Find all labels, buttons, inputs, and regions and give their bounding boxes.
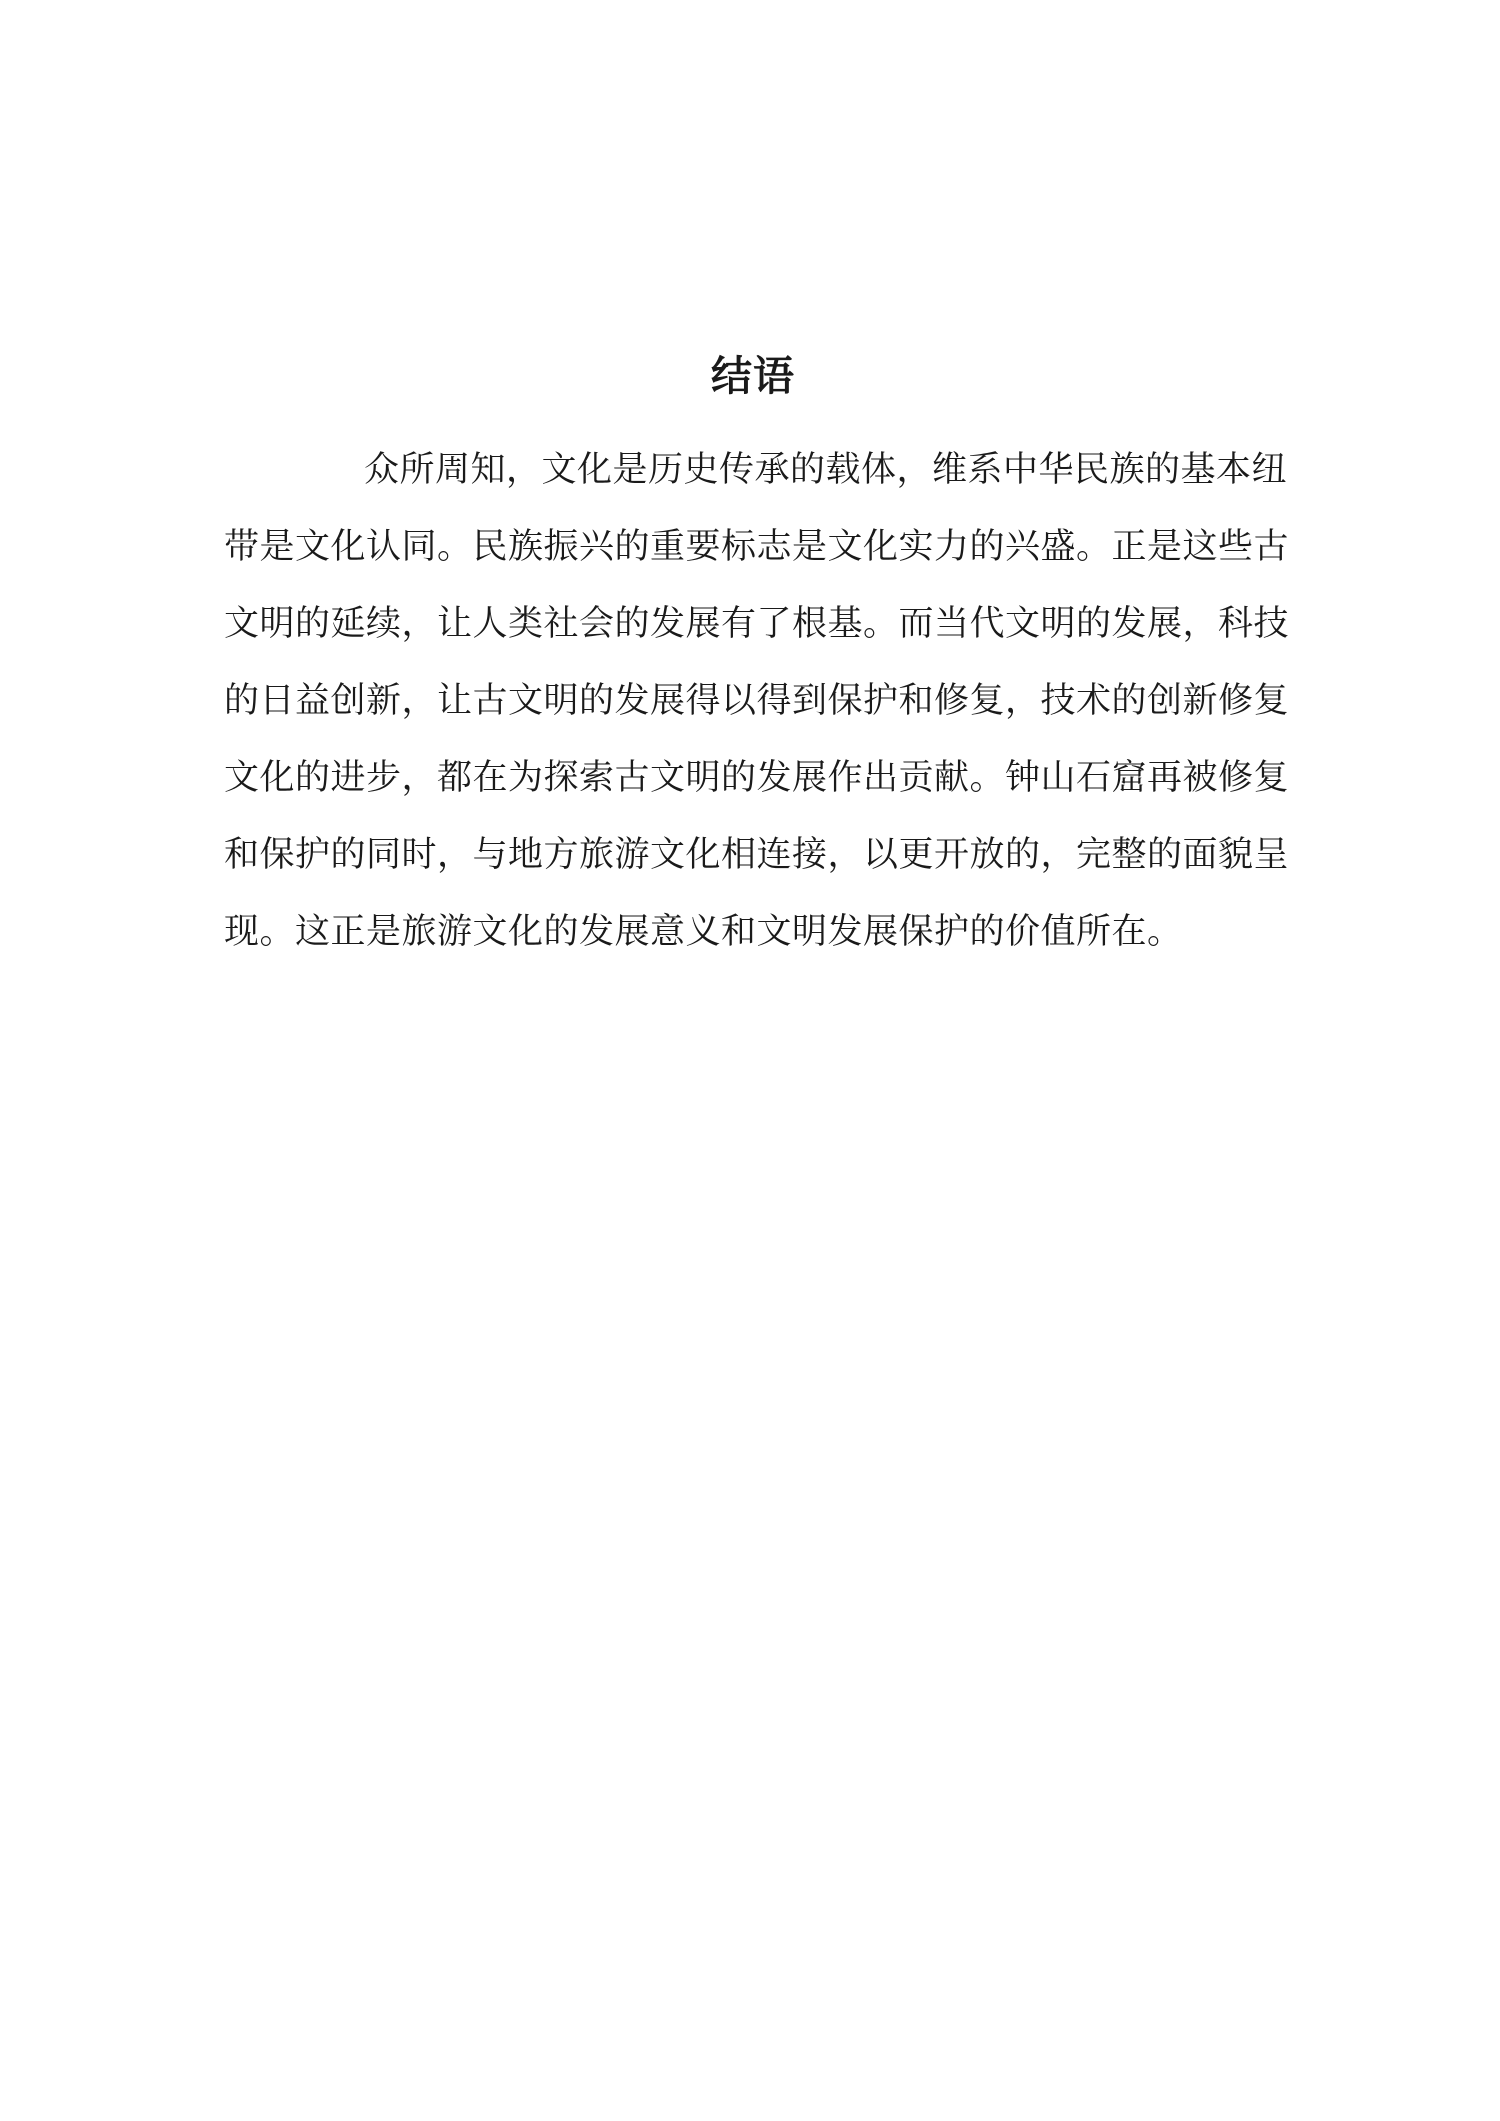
- paragraph-line: 的日益创新，让古文明的发展得以得到保护和修复，技术的创新修复: [224, 662, 1282, 739]
- body-paragraph: 众所周知，文化是历史传承的载体，维系中华民族的基本纽 带是文化认同。民族振兴的重…: [224, 431, 1282, 970]
- section-heading: 结语: [224, 351, 1282, 401]
- document-content: 结语 众所周知，文化是历史传承的载体，维系中华民族的基本纽 带是文化认同。民族振…: [224, 351, 1282, 970]
- paragraph-line: 带是文化认同。民族振兴的重要标志是文化实力的兴盛。正是这些古: [224, 508, 1282, 585]
- document-page: 结语 众所周知，文化是历史传承的载体，维系中华民族的基本纽 带是文化认同。民族振…: [0, 0, 1500, 2121]
- paragraph-line: 众所周知，文化是历史传承的载体，维系中华民族的基本纽: [224, 431, 1282, 508]
- paragraph-line: 现。这正是旅游文化的发展意义和文明发展保护的价值所在。: [224, 893, 1282, 970]
- paragraph-line: 文化的进步，都在为探索古文明的发展作出贡献。钟山石窟再被修复: [224, 739, 1282, 816]
- paragraph-line: 文明的延续，让人类社会的发展有了根基。而当代文明的发展，科技: [224, 585, 1282, 662]
- paragraph-line: 和保护的同时，与地方旅游文化相连接，以更开放的，完整的面貌呈: [224, 816, 1282, 893]
